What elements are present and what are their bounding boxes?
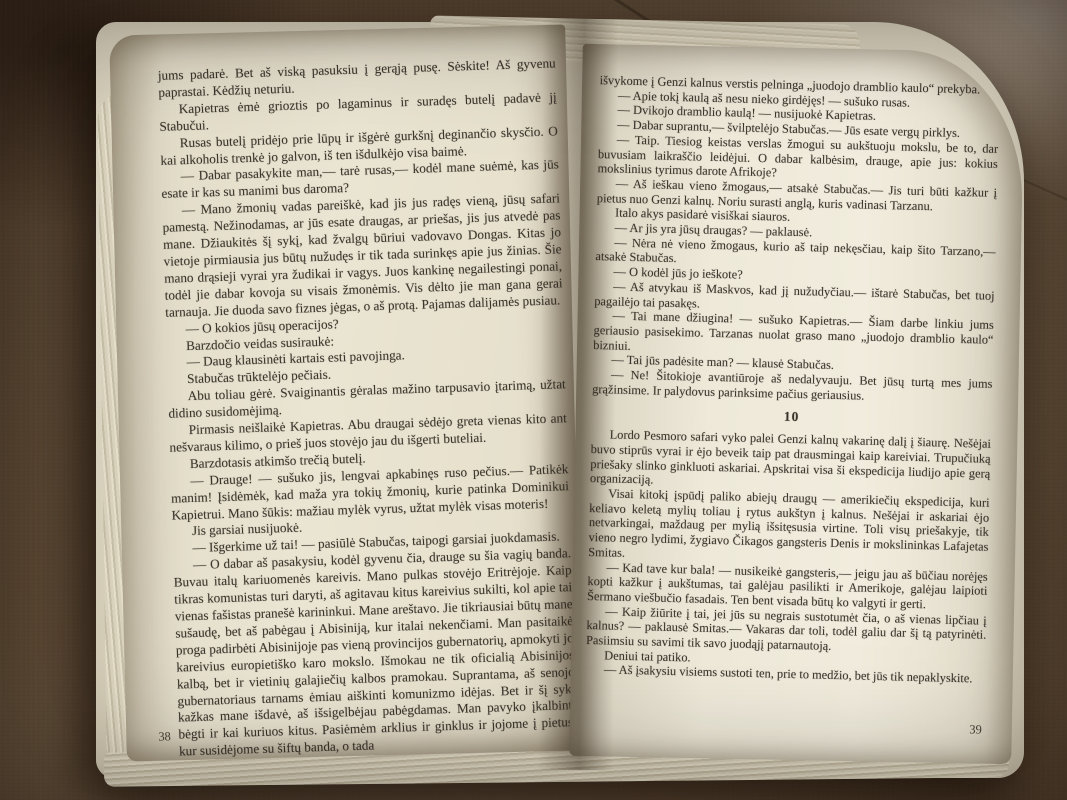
page-number-right: 39 [969, 722, 982, 737]
page-number-left: 38 [158, 729, 171, 744]
chapter-heading: 10 [591, 405, 991, 429]
paragraph: Visai kitokį įspūdį paliko abiejų draugų… [588, 486, 990, 569]
paragraph: — Mano žmonių vadas pareiškė, kad jis ju… [162, 191, 564, 322]
left-page: jums padarė. Bet aš viską pasuksiu į ger… [109, 25, 583, 762]
paragraph: — O dabar aš pasakysiu, kodėl gyvenu čia… [173, 545, 577, 760]
right-page-text: išvykome į Genzi kalnus verstis pelninga… [585, 73, 1000, 687]
book-photo: jums padarė. Bet aš viską pasuksiu į ger… [0, 0, 1067, 800]
right-page: išvykome į Genzi kalnus verstis pelninga… [569, 44, 1025, 764]
paragraph: Lordo Pesmoro safari vyko palei Genzi ka… [590, 427, 991, 496]
left-page-text: jums padarė. Bet aš viską pasuksiu į ger… [158, 55, 578, 760]
